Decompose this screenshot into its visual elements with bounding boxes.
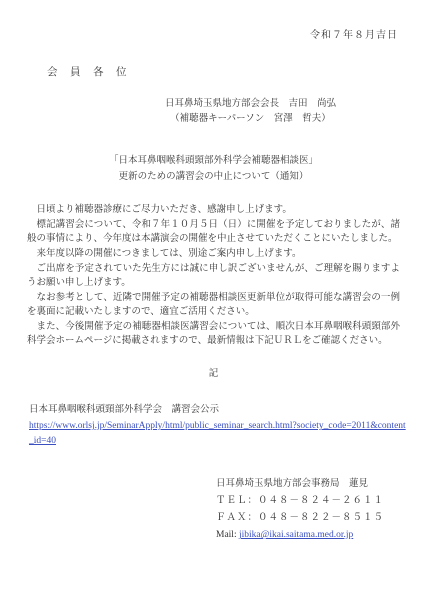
seminar-notice-label: 日本耳鼻咽喉科頭頸部外科学会 講習会公示 bbox=[29, 403, 400, 417]
letter-document: 令和７年８月吉日 会 員 各 位 日耳鼻埼玉県地方部会会長 吉田 尚弘 （補聴器… bbox=[0, 0, 424, 600]
document-title-line1: 「日本耳鼻咽喉科頭頸部外科学会補聴器相談医」 bbox=[27, 153, 400, 169]
mail-address-link[interactable]: jibika@ikai.saitama.med.or.jp bbox=[239, 530, 353, 540]
document-title-line2: 更新のための講習会の中止について（通知） bbox=[27, 169, 400, 185]
mail-label: Mail: bbox=[216, 530, 237, 540]
mail-line: Mail: jibika@ikai.saitama.med.or.jp bbox=[216, 527, 384, 544]
body-paragraph: ご出席を予定されていた先生方には誠に申し訳ございませんが、ご理解を賜りますようお… bbox=[27, 262, 400, 291]
body-paragraph: 来年度以降の開催につきましては、別途ご案内申し上げます。 bbox=[27, 247, 400, 262]
body-paragraph: 日頃より補聴器診療にご尽力いただき、感謝申し上げます。 bbox=[27, 203, 400, 218]
ki-marker: 記 bbox=[27, 367, 400, 381]
sender-name: 日耳鼻埼玉県地方部会会長 吉田 尚弘 bbox=[165, 97, 336, 112]
addressee: 会 員 各 位 bbox=[47, 65, 400, 81]
seminar-search-url-link[interactable]: https://www.orlsj.jp/SeminarApply/html/p… bbox=[29, 419, 407, 448]
body-paragraph: 標記講習会について、令和７年１０月５日（日）に開催を予定しておりましたが、諸般の… bbox=[27, 218, 400, 247]
document-title: 「日本耳鼻咽喉科頭頸部外科学会補聴器相談医」 更新のための講習会の中止について（… bbox=[27, 153, 400, 185]
sender-block: 日耳鼻埼玉県地方部会会長 吉田 尚弘 （補聴器キーパーソン 宮澤 哲夫） bbox=[165, 97, 336, 127]
contact-block: 日耳鼻埼玉県地方部会事務局 蓮見 ＴＥＬ：０４８－８２４－２６１１ ＦＡＸ：０４… bbox=[216, 476, 384, 544]
date-line: 令和７年８月吉日 bbox=[27, 28, 400, 43]
fax-number: ＦＡＸ：０４８－８２２－８５１５ bbox=[216, 510, 384, 527]
body-paragraph: なお参考として、近隣で開催予定の補聴器相談医更新単位が取得可能な講習会の一例を裏… bbox=[27, 291, 400, 320]
sender-keyperson: （補聴器キーパーソン 宮澤 哲夫） bbox=[165, 112, 336, 127]
tel-number: ＴＥＬ：０４８－８２４－２６１１ bbox=[216, 493, 384, 510]
body-text: 日頃より補聴器診療にご尽力いただき、感謝申し上げます。 標記講習会について、令和… bbox=[27, 203, 400, 348]
body-paragraph: また、今後開催予定の補聴器相談医講習会については、順次日本耳鼻咽喉科頭頸部外科学… bbox=[27, 320, 400, 349]
office-name: 日耳鼻埼玉県地方部会事務局 蓮見 bbox=[216, 476, 384, 493]
